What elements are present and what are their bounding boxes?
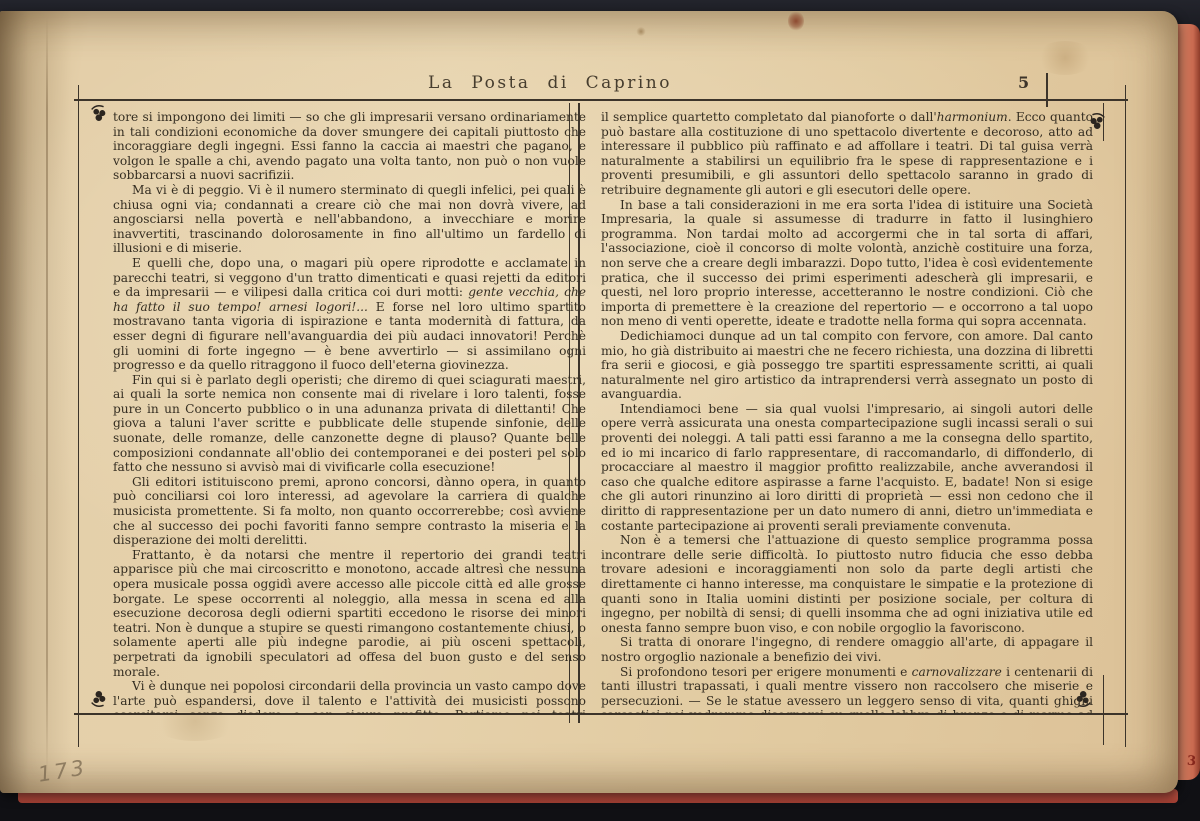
paragraph: tore si impongono dei limiti — so che gl… (113, 110, 586, 183)
paper-stain (1035, 41, 1095, 75)
paragraph: Ma vi è di peggio. Vi è il numero stermi… (113, 183, 586, 256)
cover-handwritten-mark: 3 (1186, 754, 1196, 770)
text-run: Non è a temersi che l'attuazione di ques… (601, 533, 1093, 635)
header-rule (74, 99, 1128, 101)
paragraph: Fin qui si è parlato degli operisti; che… (113, 373, 586, 475)
paragraph: Vi è dunque nei popolosi circondarii del… (113, 679, 586, 714)
right-inner-tick-rule (1103, 675, 1104, 745)
text-run: Intendiamoci bene — sia qual vuolsi l'im… (601, 402, 1093, 533)
paragraph: Si profondono tesori per erigere monumen… (601, 665, 1093, 714)
paragraph: il semplice quartetto completato dal pia… (601, 110, 1093, 198)
text-run: Fin qui si è parlato degli operisti; che… (113, 373, 586, 475)
article-column-left: tore si impongono dei limiti — so che gl… (113, 110, 586, 714)
page-edge-crease (46, 17, 48, 776)
paragraph: Frattanto, è da notarsi che mentre il re… (113, 548, 586, 679)
text-run: Gli editori istituiscono premi, aprono c… (113, 475, 586, 547)
paragraph: Dedichiamoci dunque ad un tal compito co… (601, 329, 1093, 402)
scanned-page: La Posta di Caprino 5 tore si impongono … (0, 11, 1178, 793)
text-run: Dedichiamoci dunque ad un tal compito co… (601, 329, 1093, 401)
page-number-tick-rule (1046, 73, 1048, 107)
text-run: Ma vi è di peggio. Vi è il numero stermi… (113, 183, 586, 255)
text-run: Vi è dunque nei popolosi circondarii del… (113, 679, 586, 714)
text-run: il semplice quartetto completato dal pia… (601, 110, 937, 124)
page-gutter-shadow (0, 11, 72, 793)
paragraph: Intendiamoci bene — sia qual vuolsi l'im… (601, 402, 1093, 533)
italic-text-run: harmonium (937, 110, 1008, 124)
paper-stain (788, 11, 804, 31)
text-run: Frattanto, è da notarsi che mentre il re… (113, 548, 586, 679)
trefoil-ornament-icon (88, 103, 110, 125)
paragraph: In base a tali considerazioni in me era … (601, 198, 1093, 329)
paragraph: E quelli che, dopo una, o magari più ope… (113, 256, 586, 373)
right-border-rule (1125, 85, 1126, 747)
paragraph: Non è a temersi che l'attuazione di ques… (601, 533, 1093, 635)
trefoil-ornament-icon (88, 687, 110, 709)
text-run: In base a tali considerazioni in me era … (601, 198, 1093, 329)
paragraph: Si tratta di onorare l'ingegno, di rende… (601, 635, 1093, 664)
masthead-title: La Posta di Caprino (0, 73, 1100, 93)
paper-stain (636, 27, 646, 36)
article-column-right: il semplice quartetto completato dal pia… (601, 110, 1093, 714)
text-run: Si tratta di onorare l'ingegno, di rende… (601, 635, 1093, 664)
text-run: Si profondono tesori per erigere monumen… (620, 665, 912, 679)
italic-text-run: carnovalizzare (912, 665, 1002, 679)
page-number: 5 (1018, 73, 1029, 92)
paragraph: Gli editori istituiscono premi, aprono c… (113, 475, 586, 548)
text-run: tore si impongono dei limiti — so che gl… (113, 110, 586, 182)
left-border-rule (78, 85, 79, 747)
book-scan-scene: 3 La Posta di Caprino 5 tore s (0, 0, 1200, 821)
